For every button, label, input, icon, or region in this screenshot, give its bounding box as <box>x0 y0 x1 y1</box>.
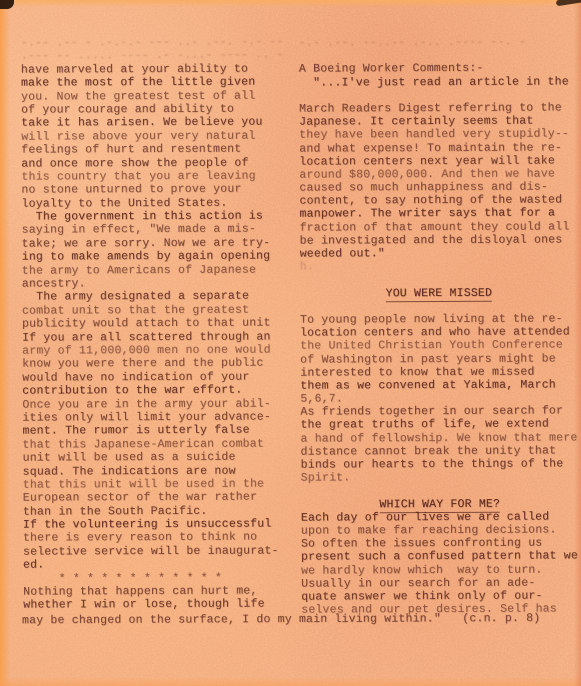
typed-line: European sector of the war rather <box>23 491 297 506</box>
typed-line: squad. The indications are now <box>23 464 297 479</box>
typed-line: they have been handled very stupidly-- <box>299 128 577 142</box>
typed-line: you. Now the greatest test of all <box>21 89 295 104</box>
typed-line: interested to know that we missed <box>300 365 578 379</box>
typed-line: around $80,000,000. And then we have <box>299 167 577 181</box>
faded-ink-mark: .--- -- ..... ---- .- -...- ---- .. - <box>21 49 295 64</box>
typed-line: The army designated a separate <box>22 290 296 305</box>
typed-line: and once more show the people of <box>21 156 295 171</box>
typed-line: ment. The rumor is utterly false <box>22 424 296 439</box>
typed-line: Once you are in the army your abil- <box>22 397 296 412</box>
typed-line: A Boeing Worker Comments:- <box>299 62 577 76</box>
typed-line <box>300 273 578 287</box>
typed-line: the great truths of life, we extend <box>300 418 578 432</box>
typed-line: whether I win or lose, though life <box>23 598 297 613</box>
typed-line: present such a confused pattern that we <box>301 550 579 564</box>
typed-line <box>301 484 579 498</box>
typed-line: we hardly know which way to turn. <box>301 563 579 577</box>
typed-line: quate answer we think only of our- <box>301 589 579 603</box>
faded-ink-mark: -.-- .-- - .-.-.- --- ..- .--. -.- -- <box>21 35 295 50</box>
page-edge-highlight-bottom <box>0 677 581 686</box>
typed-line: and what expense! To maintain the re- <box>299 141 577 155</box>
typed-line: distance cannot break the unity that <box>301 444 579 458</box>
typed-line: If you are all scattered through an <box>22 330 296 345</box>
typed-line: upon to make far reaching decisions. <box>301 523 579 537</box>
typed-line: unit will be used as a suicide <box>23 451 297 466</box>
section-heading: WHICH WAY FOR ME? <box>301 497 579 511</box>
typed-line: selective service will be inaugurat- <box>23 544 297 559</box>
typed-line: the army to Americans of Japanese <box>22 263 296 278</box>
page-edge-highlight-left <box>0 0 10 686</box>
scanned-document-page: -.-- .-- - .-.-.- --- ..- .--. -.- --.--… <box>0 0 581 686</box>
typed-line: have marveled at your ability to <box>21 62 295 77</box>
typed-line: make the most of the little given <box>21 76 295 91</box>
typed-line: of Washington in past years might be <box>300 352 578 366</box>
typed-line: location centers next year will take <box>299 154 577 168</box>
typed-line: To young people now living at the re- <box>300 312 578 326</box>
right-column: -.- .--. --..-- .-.. .---- --. -A Boeing… <box>299 35 580 616</box>
typed-line: no stone unturned to prove your <box>21 183 295 198</box>
typed-line: weeded out." <box>300 246 578 260</box>
typed-line <box>299 88 577 102</box>
typed-line: binds our hearts to the things of the <box>301 457 579 471</box>
typed-line: "...I've just read an article in the <box>299 75 577 89</box>
typed-line: March Readers Digest referring to the <box>299 101 577 115</box>
typed-line: them as we convened at Yakima, March <box>300 378 578 392</box>
typed-line: * * * * * * * * * * * * <box>23 571 297 586</box>
typed-line: the United Christian Youth Conference <box>300 339 578 353</box>
typed-line: would have no indication of your <box>22 370 296 385</box>
left-column: -.-- .-- - .-.-.- --- ..- .--. -.- --.--… <box>21 35 298 612</box>
typed-line: fraction of that amount they could all <box>300 220 578 234</box>
typed-line: contribution to the war effort. <box>22 384 296 399</box>
typed-line: will rise above your very natural <box>21 129 295 144</box>
section-heading: YOU WERE MISSED <box>300 286 578 300</box>
typed-line: publicity would attach to that unit <box>22 317 296 332</box>
scan-corner-artifact-topleft <box>0 0 14 9</box>
typed-line: there is every reason to think no <box>23 531 297 546</box>
typed-line: saying in effect, "We made a mis- <box>22 223 296 238</box>
typed-line: Each day of our lives we are called <box>301 510 579 524</box>
typed-line: Spirit. <box>301 471 579 485</box>
typed-line: ancestry. <box>22 276 296 291</box>
typed-line: Usually in our search for an ade- <box>301 576 579 590</box>
typed-line: that this Japanese-American combat <box>22 437 296 452</box>
typed-line: manpower. The writer says that for a <box>299 207 577 221</box>
typed-line: than in the South Pacific. <box>23 504 297 519</box>
bottom-continuation-line: may be changed on the surface, I do my m… <box>22 612 578 628</box>
typed-line: feelings of hurt and resentment <box>21 143 295 158</box>
typed-line <box>299 49 577 63</box>
page-edge-highlight-top <box>0 0 581 7</box>
typed-line <box>300 299 578 313</box>
typed-line: a hand of fellowship. We know that mere <box>300 431 578 445</box>
typed-line: this country that you are leaving <box>21 169 295 184</box>
scan-corner-artifact-topright <box>556 0 581 6</box>
typed-line: take it has arisen. We believe you <box>21 116 295 131</box>
typed-line: ed. <box>23 558 297 573</box>
faded-ink-mark: -.- .--. --..-- .-.. .---- --. - <box>299 35 577 49</box>
typed-line: loyalty to the United States. <box>21 196 295 211</box>
typed-line: ing to make amends by again opening <box>22 250 296 265</box>
typed-line: be investigated and the disloyal ones <box>300 233 578 247</box>
typed-line: ities only will limit your advance- <box>22 410 296 425</box>
faded-ink-mark: h. <box>300 260 578 274</box>
typed-line: know you were there and the public <box>22 357 296 372</box>
